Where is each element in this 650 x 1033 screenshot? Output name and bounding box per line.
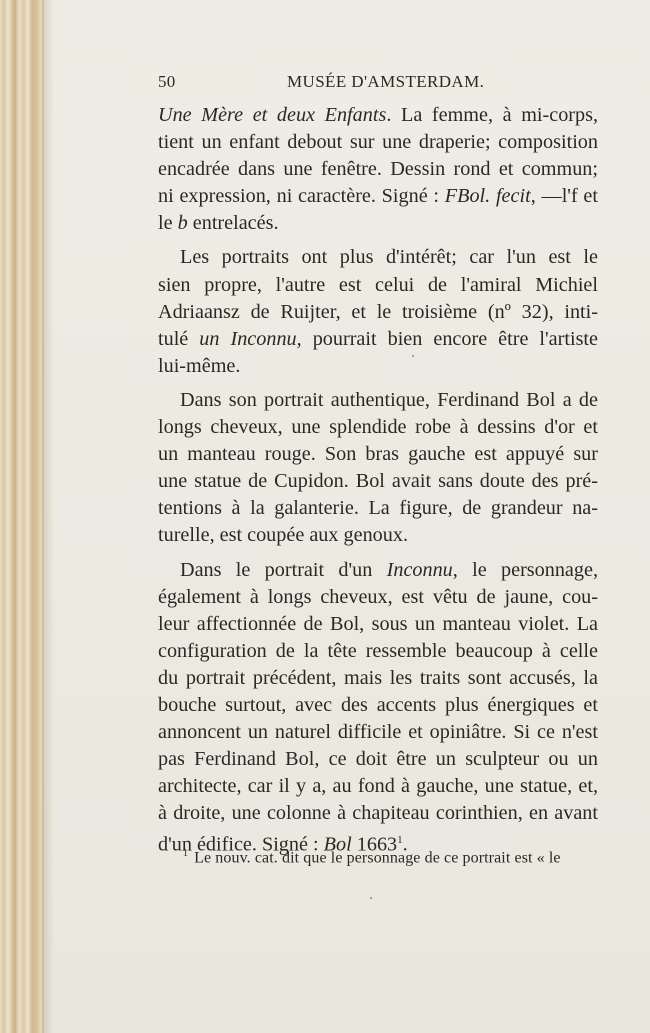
text-line: tentions à la galanterie. La figure, de …	[158, 495, 598, 522]
text-line: sien propre, l'autre est celui de l'amir…	[158, 272, 598, 299]
paper-speck	[412, 355, 414, 357]
text-line: Dans son portrait authentique, Ferdinand…	[158, 387, 598, 414]
artwork-title: Une Mère et deux Enfants	[158, 104, 386, 126]
text-line: Les portraits ont plus d'intérêt; car l'…	[158, 244, 598, 271]
artwork-title: Inconnu	[387, 559, 453, 581]
signature: FBol. fecit	[445, 185, 531, 207]
text-line: architecte, car il y a, au fond à gauche…	[158, 773, 598, 800]
text-line: Une Mère et deux Enfants. La femme, à mi…	[158, 102, 598, 129]
text-line: également à longs cheveux, est vêtu de j…	[158, 584, 598, 611]
text-line: ni expression, ni caractère. Signé : FBo…	[158, 183, 598, 210]
text-line: longs cheveux, une splendide robe à dess…	[158, 414, 598, 441]
footnote-text: Le nouv. cat. dit que le personnage de c…	[194, 849, 561, 866]
text-line: configuration de la tête ressemble beauc…	[158, 638, 598, 665]
book-page-edges	[0, 0, 44, 1033]
text-line: tient un enfant debout sur une draperie;…	[158, 129, 598, 156]
text-line: à droite, une colonne à chapiteau corint…	[158, 800, 598, 827]
gutter-shadow	[44, 0, 54, 1033]
text-line: leur affectionnée de Bol, sous un mantea…	[158, 611, 598, 638]
body-text: Une Mère et deux Enfants. La femme, à mi…	[158, 102, 598, 855]
text-line: lui-même.	[158, 353, 598, 380]
text-line: une statue de Cupidon. Bol avait sans do…	[158, 468, 598, 495]
paragraph: Dans son portrait authentique, Ferdinand…	[158, 387, 598, 550]
text-line: turelle, est coupée aux genoux.	[158, 522, 598, 549]
text-line: Dans le portrait d'un Inconnu, le person…	[158, 557, 598, 584]
text-line: bouche surtout, avec des accents plus én…	[158, 692, 598, 719]
text-line: tulé un Inconnu, pourrait bien encore êt…	[158, 326, 598, 353]
footnote-marker: 1	[183, 848, 188, 859]
artwork-title: un Inconnu,	[199, 328, 301, 350]
footnote: 1Le nouv. cat. dit que le personnage de …	[183, 848, 598, 867]
text-line: annoncent un naturel difficile et opiniâ…	[158, 719, 598, 746]
paper-speck	[370, 897, 372, 899]
text-line: encadrée dans une fenêtre. Dessin rond e…	[158, 156, 598, 183]
text-line: Adriaansz de Ruijter, et le troisième (n…	[158, 299, 598, 326]
page-number: 50	[158, 72, 176, 92]
paragraph: Une Mère et deux Enfants. La femme, à mi…	[158, 102, 598, 237]
paragraph: Les portraits ont plus d'intérêt; car l'…	[158, 244, 598, 379]
text-line: pas Ferdinand Bol, ce doit être un sculp…	[158, 746, 598, 773]
text-line: un manteau rouge. Son bras gauche est ap…	[158, 441, 598, 468]
running-title: MUSÉE D'AMSTERDAM.	[287, 72, 484, 92]
text-line: le b entrelacés.	[158, 210, 598, 237]
paragraph: Dans le portrait d'un Inconnu, le person…	[158, 557, 598, 855]
text-line: du portrait précédent, mais les traits s…	[158, 665, 598, 692]
running-head: 50 MUSÉE D'AMSTERDAM.	[158, 72, 598, 96]
